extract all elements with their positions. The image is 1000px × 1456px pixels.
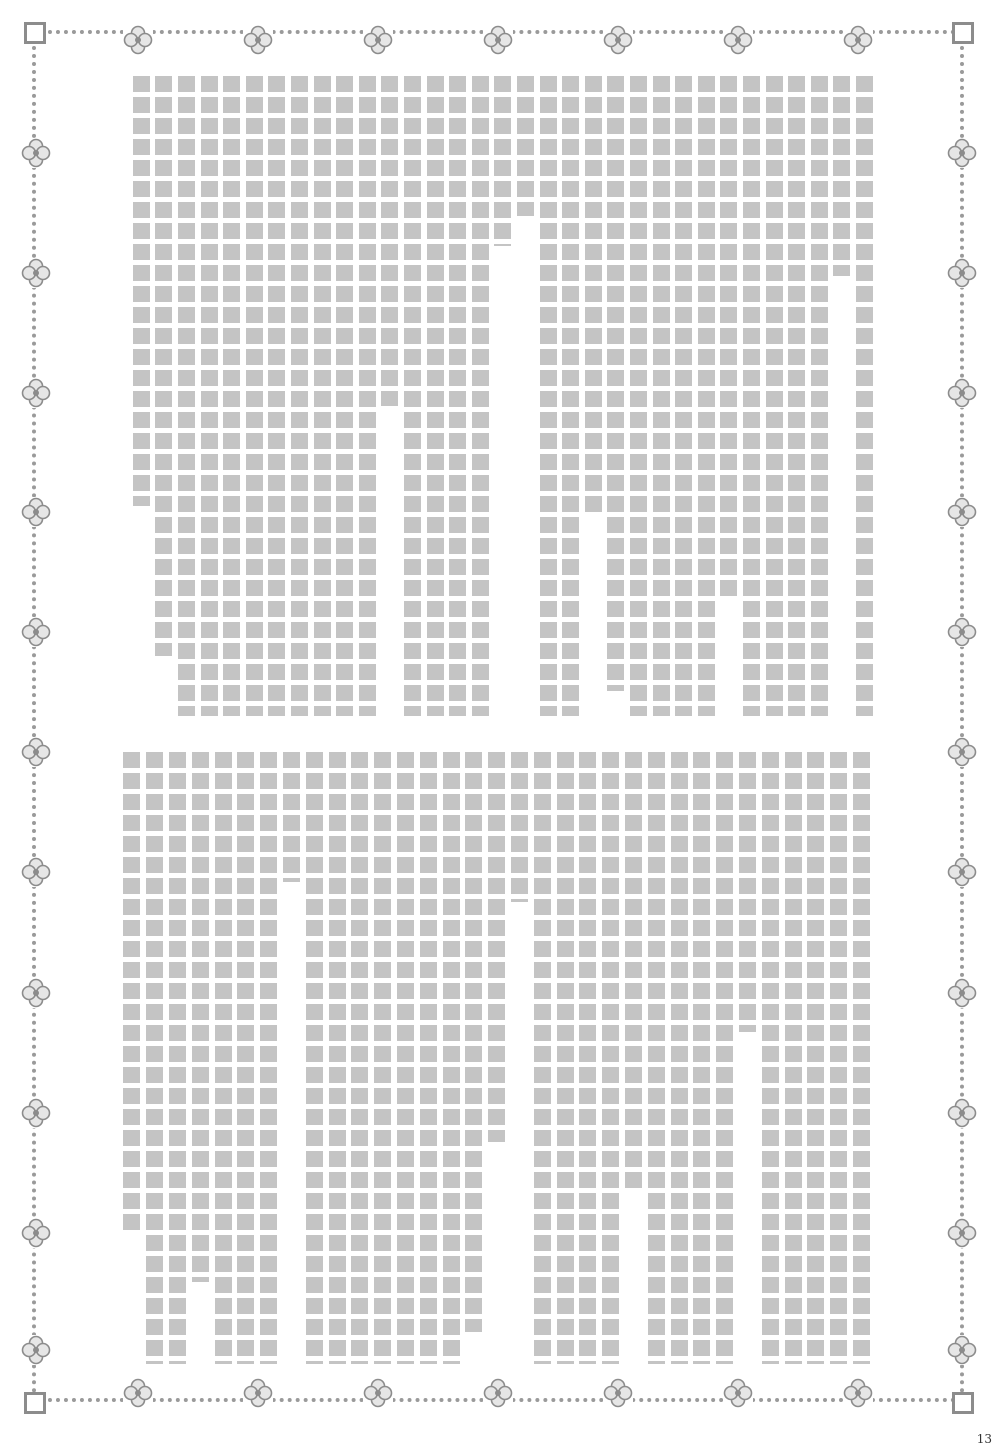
text-column (540, 76, 557, 716)
text-column (133, 76, 150, 506)
text-column (291, 76, 308, 716)
text-column (585, 76, 602, 516)
text-column (351, 752, 368, 1364)
text-column (562, 76, 579, 716)
clover-icon (947, 978, 977, 1008)
text-column (465, 752, 482, 1332)
text-column (223, 76, 240, 716)
clover-icon (483, 25, 513, 55)
text-column (716, 752, 733, 1364)
text-column (853, 752, 870, 1364)
text-column (443, 752, 460, 1364)
clover-icon (483, 1378, 513, 1408)
text-column (237, 752, 254, 1364)
text-column (785, 752, 802, 1364)
text-column (397, 752, 414, 1364)
text-column (579, 752, 596, 1364)
text-column (488, 752, 505, 1142)
text-column (381, 76, 398, 406)
text-column (557, 752, 574, 1364)
page-number: 13 (977, 1432, 992, 1446)
corner-ornament-top-left (24, 22, 46, 44)
text-column (630, 76, 647, 716)
clover-icon (723, 1378, 753, 1408)
clover-icon (947, 617, 977, 647)
clover-icon (723, 25, 753, 55)
clover-icon (603, 25, 633, 55)
text-column (201, 76, 218, 716)
text-column (260, 752, 277, 1364)
clover-icon (21, 497, 51, 527)
clover-icon (603, 1378, 633, 1408)
clover-icon (363, 1378, 393, 1408)
text-column (268, 76, 285, 716)
text-column (155, 76, 172, 656)
text-column (625, 752, 642, 1192)
clover-icon (123, 25, 153, 55)
text-column (329, 752, 346, 1364)
clover-icon (947, 138, 977, 168)
text-column (698, 76, 715, 716)
text-column (671, 752, 688, 1364)
text-column (449, 76, 466, 716)
clover-icon (21, 617, 51, 647)
clover-icon (21, 138, 51, 168)
text-column (856, 76, 873, 716)
text-column (788, 76, 805, 716)
text-column (807, 752, 824, 1364)
clover-icon (21, 1335, 51, 1365)
text-column (192, 752, 209, 1282)
clover-icon (947, 1218, 977, 1248)
clover-icon (843, 1378, 873, 1408)
text-column (693, 752, 710, 1364)
corner-ornament-bottom-left (24, 1392, 46, 1414)
text-column (472, 76, 489, 716)
text-column (420, 752, 437, 1364)
text-column (494, 76, 511, 246)
text-column (607, 76, 624, 691)
corner-ornament-top-right (952, 22, 974, 44)
text-column (648, 752, 665, 1364)
text-column (427, 76, 444, 716)
text-column (374, 752, 391, 1364)
text-column (169, 752, 186, 1364)
clover-icon (947, 737, 977, 767)
clover-icon (843, 25, 873, 55)
text-column (720, 76, 737, 596)
text-column (766, 76, 783, 716)
clover-icon (947, 857, 977, 887)
text-column (743, 76, 760, 716)
text-column (511, 752, 528, 902)
clover-icon (947, 378, 977, 408)
clover-icon (243, 25, 273, 55)
clover-icon (947, 1098, 977, 1128)
clover-icon (21, 378, 51, 408)
clover-icon (21, 857, 51, 887)
clover-icon (21, 978, 51, 1008)
clover-icon (21, 258, 51, 288)
text-column (336, 76, 353, 716)
text-column (246, 76, 263, 716)
text-column (833, 76, 850, 276)
clover-icon (123, 1378, 153, 1408)
text-column (283, 752, 300, 882)
clover-icon (21, 737, 51, 767)
text-column (675, 76, 692, 716)
text-column (314, 76, 331, 716)
clover-icon (21, 1098, 51, 1128)
text-column (404, 76, 421, 716)
text-column (306, 752, 323, 1364)
clover-icon (243, 1378, 273, 1408)
text-column (653, 76, 670, 716)
clover-icon (947, 258, 977, 288)
clover-icon (21, 1218, 51, 1248)
text-column (602, 752, 619, 1364)
text-column (215, 752, 232, 1364)
text-column (146, 752, 163, 1364)
clover-icon (947, 1335, 977, 1365)
text-column (762, 752, 779, 1364)
corner-ornament-bottom-right (952, 1392, 974, 1414)
clover-icon (947, 497, 977, 527)
text-column (359, 76, 376, 716)
clover-icon (363, 25, 393, 55)
text-column (517, 76, 534, 216)
text-column (811, 76, 828, 716)
text-column (534, 752, 551, 1364)
text-column (123, 752, 140, 1232)
text-column (830, 752, 847, 1364)
text-column (739, 752, 756, 1032)
text-column (178, 76, 195, 716)
